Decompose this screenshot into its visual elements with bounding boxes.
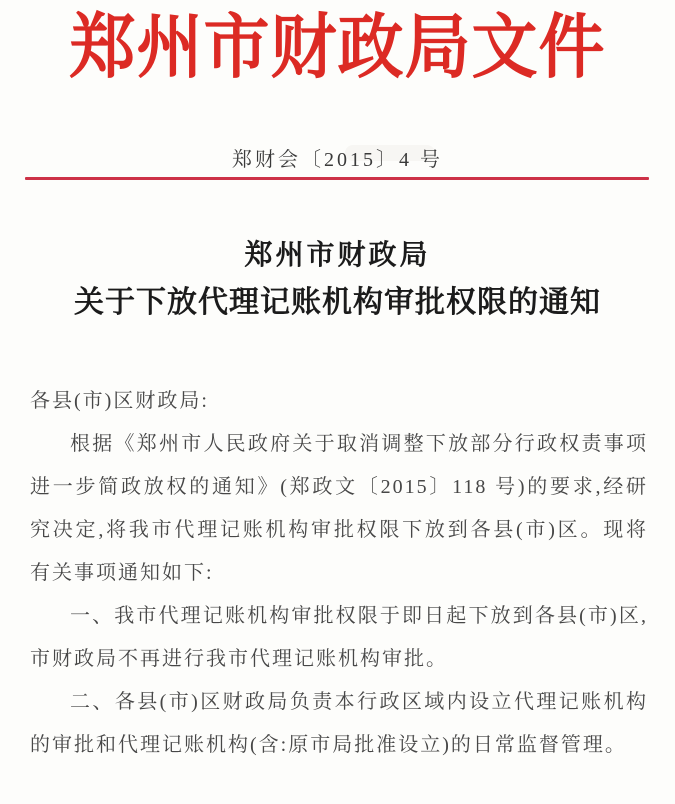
body-paragraph-2: 一、我市代理记账机构审批权限于即日起下放到各县(市)区,市财政局不再进行我市代理… (30, 595, 648, 681)
document-masthead-title: 郑州市财政局文件 (0, 2, 675, 95)
document-body: 各县(市)区财政局: 根据《郑州市人民政府关于取消调整下放部分行政权责事项进一步… (30, 380, 648, 767)
red-separator-line (25, 177, 649, 180)
document-title: 郑州市财政局 关于下放代理记账机构审批权限的通知 (0, 233, 675, 327)
body-paragraph-3: 二、各县(市)区财政局负责本行政区域内设立代理记账机构的审批和代理记账机构(含:… (30, 681, 648, 767)
salutation: 各县(市)区财政局: (30, 380, 648, 423)
document-number: 郑财会〔2015〕4 号 (0, 143, 675, 172)
document-page: 郑州市财政局文件 郑财会〔2015〕4 号 郑州市财政局 关于下放代理记账机构审… (0, 0, 675, 804)
document-title-line1: 郑州市财政局 (0, 233, 675, 278)
body-paragraph-1: 根据《郑州市人民政府关于取消调整下放部分行政权责事项进一步简政放权的通知》(郑政… (30, 423, 648, 595)
document-title-line2: 关于下放代理记账机构审批权限的通知 (0, 278, 675, 327)
